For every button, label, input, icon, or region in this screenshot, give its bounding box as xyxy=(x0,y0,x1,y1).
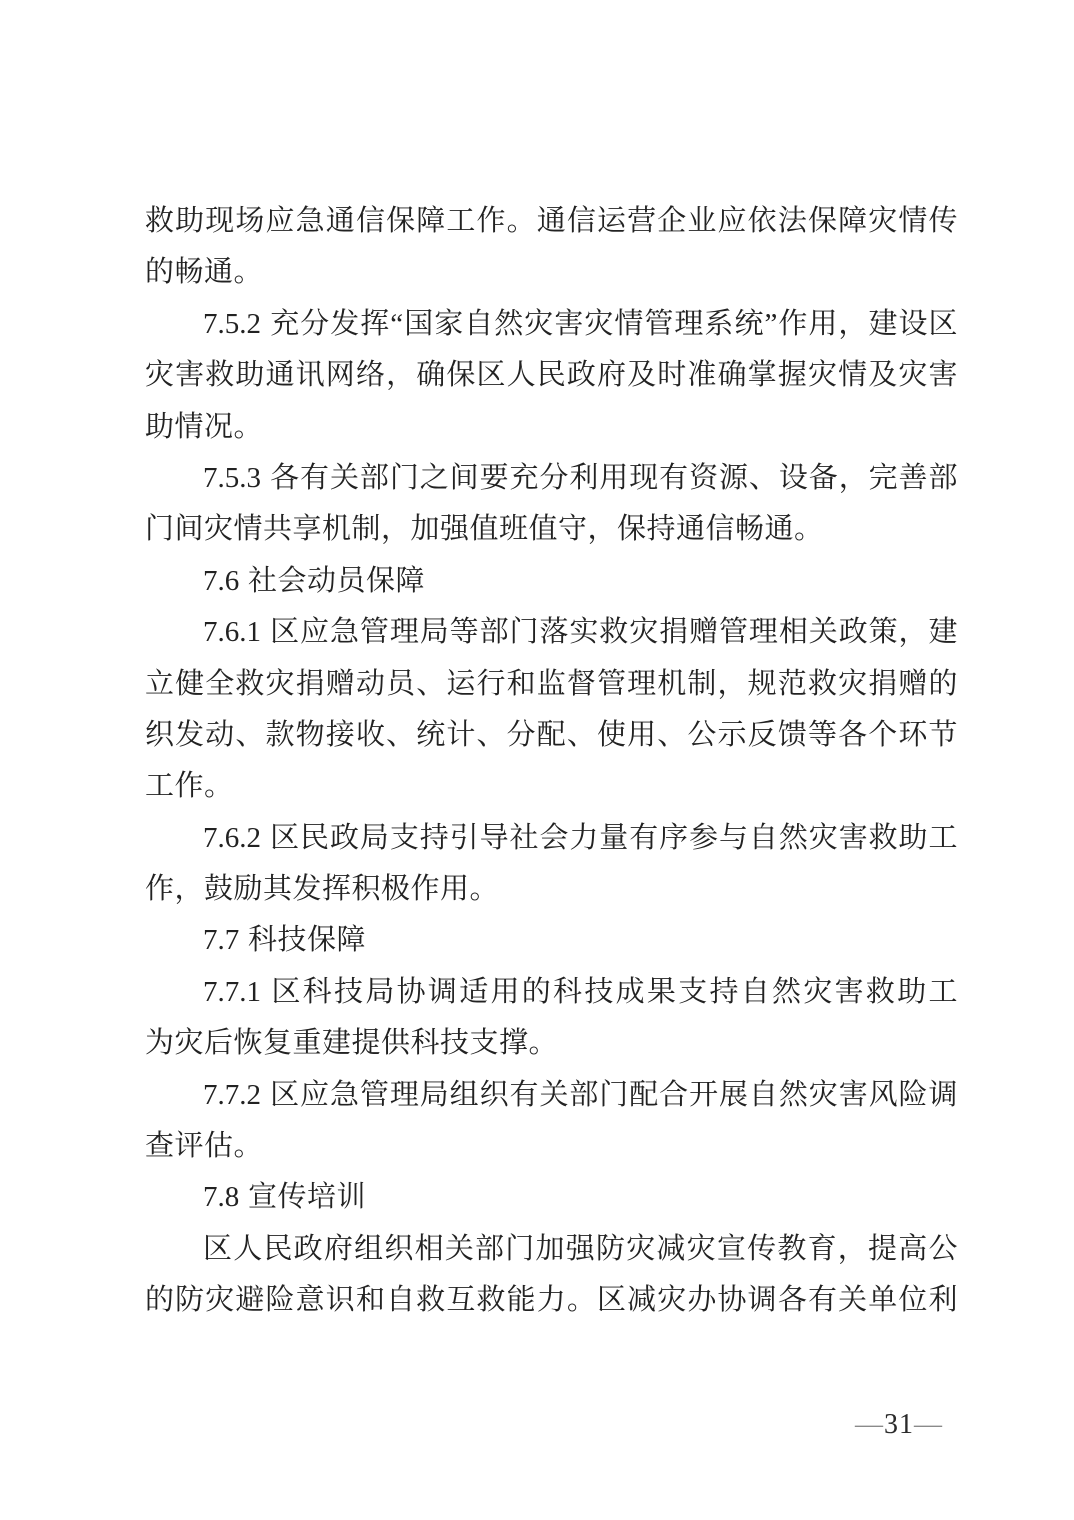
text-line: 7.8宣传培训 xyxy=(145,1172,958,1223)
line-text: 各有关部门之间要充分利用现有资源、设备，完善部 xyxy=(270,462,958,494)
section-number: 7.5.2 xyxy=(203,308,261,340)
text-line: 7.7.2区应急管理局组织有关部门配合开展自然灾害风险调 xyxy=(145,1070,958,1121)
document-page: 救助现场应急通信保障工作。通信运营企业应依法保障灾情传送的畅通。7.5.2充分发… xyxy=(0,0,1074,1520)
line-text: 区科技局协调适用的科技成果支持自然灾害救助工作， xyxy=(203,976,958,1018)
line-text: 门间灾情共享机制，加强值班值守，保持通信畅通。 xyxy=(145,513,824,545)
line-text: 救助现场应急通信保障工作。通信运营企业应依法保障灾情传送 xyxy=(145,205,958,247)
line-text: 工作。 xyxy=(145,770,234,802)
text-line: 的防灾避险意识和自救互救能力。区减灾办协调各有关单位利用 xyxy=(145,1275,958,1326)
line-text: 科技保障 xyxy=(248,924,366,956)
text-line: 立健全救灾捐赠动员、运行和监督管理机制，规范救灾捐赠的组 xyxy=(145,659,958,710)
text-line: 灾害救助通讯网络，确保区人民政府及时准确掌握灾情及灾害救 xyxy=(145,350,958,401)
line-text: 查评估。 xyxy=(145,1130,263,1162)
text-line: 织发动、款物接收、统计、分配、使用、公示反馈等各个环节的 xyxy=(145,710,958,761)
line-text: 的防灾避险意识和自救互救能力。区减灾办协调各有关单位利用 xyxy=(145,1284,958,1326)
text-line: 救助现场应急通信保障工作。通信运营企业应依法保障灾情传送 xyxy=(145,196,958,247)
line-text: 作，鼓励其发挥积极作用。 xyxy=(145,873,499,905)
text-line: 7.5.3各有关部门之间要充分利用现有资源、设备，完善部 xyxy=(145,453,958,504)
text-line: 工作。 xyxy=(145,761,958,812)
footer-dash-left: — xyxy=(855,1409,884,1440)
line-text: 充分发挥“国家自然灾害灾情管理系统”作用，建设区级 xyxy=(203,308,958,350)
text-line: 为灾后恢复重建提供科技支撑。 xyxy=(145,1018,958,1069)
page-number: 31 xyxy=(884,1409,914,1440)
section-number: 7.6.1 xyxy=(203,616,261,648)
text-line: 的畅通。 xyxy=(145,247,958,298)
section-number: 7.8 xyxy=(203,1181,239,1213)
text-line: 7.7科技保障 xyxy=(145,915,958,966)
line-text: 灾害救助通讯网络，确保区人民政府及时准确掌握灾情及灾害救 xyxy=(145,359,958,401)
text-line: 7.6社会动员保障 xyxy=(145,556,958,607)
line-text: 助情况。 xyxy=(145,411,263,443)
section-number: 7.7 xyxy=(203,924,239,956)
line-text: 区民政局支持引导社会力量有序参与自然灾害救助工 xyxy=(270,822,958,854)
line-text: 为灾后恢复重建提供科技支撑。 xyxy=(145,1027,558,1059)
section-number: 7.5.3 xyxy=(203,462,261,494)
text-line: 7.5.2充分发挥“国家自然灾害灾情管理系统”作用，建设区级 xyxy=(145,299,958,350)
section-number: 7.7.1 xyxy=(203,976,261,1008)
text-line: 作，鼓励其发挥积极作用。 xyxy=(145,864,958,915)
section-number: 7.7.2 xyxy=(203,1079,261,1111)
line-text: 织发动、款物接收、统计、分配、使用、公示反馈等各个环节的 xyxy=(145,719,958,761)
line-text: 区应急管理局组织有关部门配合开展自然灾害风险调 xyxy=(270,1079,958,1111)
line-text: 区应急管理局等部门落实救灾捐赠管理相关政策，建 xyxy=(270,616,958,648)
text-line: 助情况。 xyxy=(145,402,958,453)
line-text: 宣传培训 xyxy=(248,1181,366,1213)
text-line: 查评估。 xyxy=(145,1121,958,1172)
line-text: 的畅通。 xyxy=(145,256,263,288)
text-line: 7.7.1区科技局协调适用的科技成果支持自然灾害救助工作， xyxy=(145,967,958,1018)
text-line: 区人民政府组织相关部门加强防灾减灾宣传教育，提高公民 xyxy=(145,1224,958,1275)
line-text: 立健全救灾捐赠动员、运行和监督管理机制，规范救灾捐赠的组 xyxy=(145,668,958,710)
line-text: 社会动员保障 xyxy=(248,565,425,597)
page-footer: —31— xyxy=(855,1408,943,1442)
text-line: 7.6.2区民政局支持引导社会力量有序参与自然灾害救助工 xyxy=(145,813,958,864)
section-number: 7.6.2 xyxy=(203,822,261,854)
text-line: 7.6.1区应急管理局等部门落实救灾捐赠管理相关政策，建 xyxy=(145,607,958,658)
document-body: 救助现场应急通信保障工作。通信运营企业应依法保障灾情传送的畅通。7.5.2充分发… xyxy=(145,196,958,1327)
footer-dash-right: — xyxy=(914,1409,943,1440)
line-text: 区人民政府组织相关部门加强防灾减灾宣传教育，提高公民 xyxy=(203,1233,958,1275)
section-number: 7.6 xyxy=(203,565,239,597)
text-line: 门间灾情共享机制，加强值班值守，保持通信畅通。 xyxy=(145,504,958,555)
